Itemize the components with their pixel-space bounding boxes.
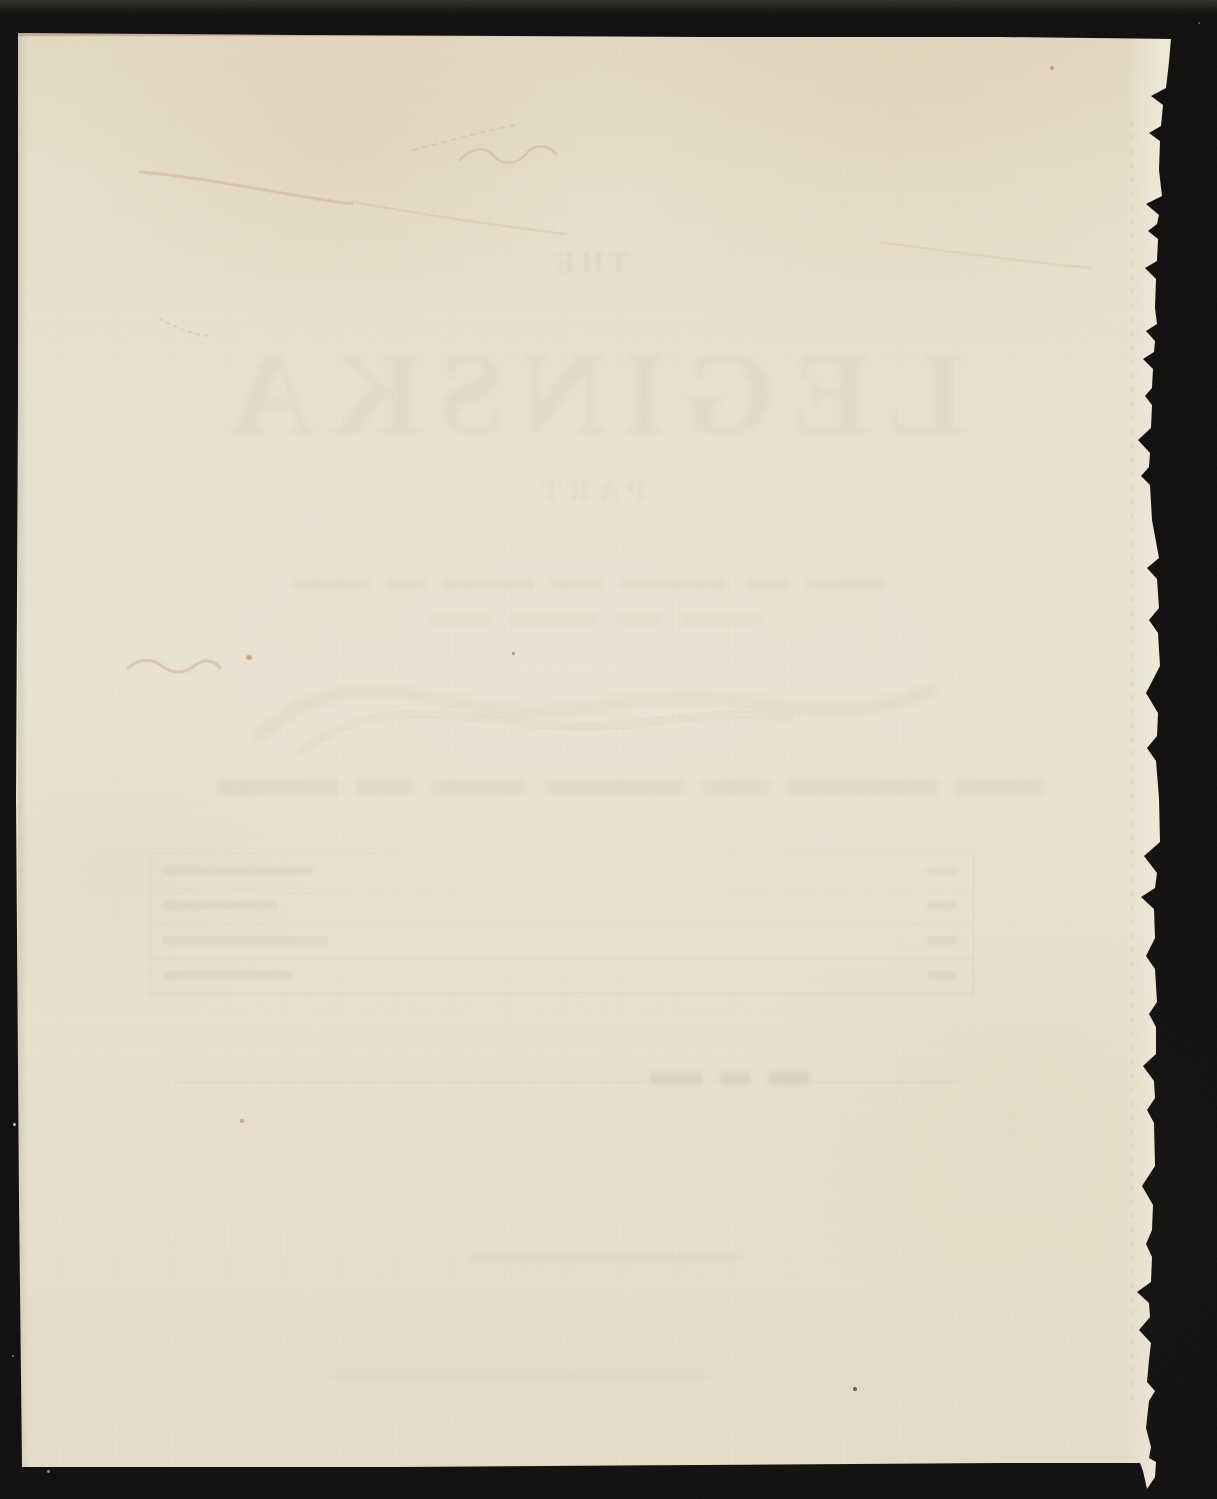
scrapbook-scan: THE LEGINSKA PART (0, 0, 1217, 1499)
ghost-faint-line-1 (470, 1253, 740, 1261)
rust-speck (246, 655, 252, 660)
right-crease-line (1131, 120, 1133, 1400)
ghost-leader-row (151, 854, 973, 889)
dark-teal-speck (853, 1387, 857, 1391)
ghost-rule-right (815, 1082, 955, 1083)
ghost-text-part: PART (18, 472, 1160, 509)
ghost-faint-line-2 (330, 1371, 710, 1379)
ghost-table-outline (150, 853, 974, 997)
handwriting-offset-streaks (0, 0, 1217, 1499)
ghost-title-leginska: LEGINSKA (18, 326, 1160, 462)
ghost-caps-line-2 (430, 614, 760, 625)
ghost-leader-row (151, 959, 973, 994)
ghost-price-words (650, 1072, 810, 1085)
ghost-caps-line-1 (285, 578, 895, 591)
mount-top-edge (0, 0, 1217, 14)
ghost-rule-left (175, 1082, 645, 1083)
paper-top-edge-tint (18, 33, 1172, 36)
ghost-leader-row (151, 889, 973, 924)
white-speck (12, 1355, 14, 1357)
ghost-bold-line (200, 779, 1060, 795)
dark-brown-speck (512, 652, 515, 655)
paper-page: THE LEGINSKA PART (0, 0, 1217, 1499)
ghost-leader-row (151, 924, 973, 959)
rust-speck (240, 1119, 244, 1123)
white-speck (13, 1123, 16, 1126)
white-speck (1198, 22, 1200, 24)
rust-speck (1050, 66, 1054, 70)
white-speck (47, 1470, 50, 1473)
ghost-text-the: THE (18, 246, 1160, 280)
